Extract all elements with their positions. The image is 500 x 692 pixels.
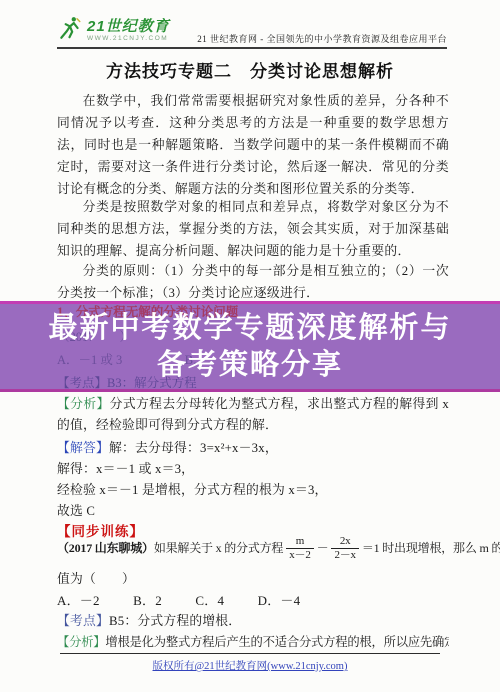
site-header: 21世纪教育 www.21cnjy.com 21 世纪教育网 - 全国领先的中小… <box>57 15 447 49</box>
solution1-analysis: 【分析】分式方程去分母转化为整式方程，求出整式方程的解得到 x 的值，经检验即可… <box>57 394 449 436</box>
brand-logo: 21世纪教育 www.21cnjy.com <box>57 15 170 46</box>
minus-sign: － <box>317 538 329 559</box>
fraction-2-denominator: 2－x <box>331 549 358 562</box>
analysis-text-2: 增根是化为整式方程后产生的不适合分式方程的根，所以应先确定增根 <box>105 635 449 649</box>
fraction-1: m x－2 <box>286 535 313 561</box>
runner-icon <box>57 15 83 46</box>
fraction-1-denominator: x－2 <box>286 549 313 562</box>
answer-tag: 【解答】 <box>57 441 109 455</box>
footer-divider <box>60 653 440 654</box>
document-page: 21世纪教育 www.21cnjy.com 21 世纪教育网 - 全国领先的中小… <box>0 0 500 692</box>
kaodian-text: B5：分式方程的增根． <box>109 614 241 628</box>
banner-text: 最新中考数学专题深度解析与 备考策略分享 <box>0 304 500 384</box>
analysis-text: 分式方程去分母转化为整式方程，求出整式方程的解得到 x 的值，经检验即可得到分式… <box>57 397 449 432</box>
sync-problem-line-1: （2017 山东聊城） 如果解关于 x 的分式方程 m x－2 － 2x 2－x… <box>57 535 500 561</box>
header-slogan: 21 世纪教育网 - 全国领先的中小学教育资源及组卷应用平台 <box>197 32 447 45</box>
fraction-2: 2x 2－x <box>331 535 358 561</box>
promo-banner-overlay: 1、分式方程无解的分类讨论问题 （2017 ） A．－1 或 3 B． 【考点】… <box>0 301 500 392</box>
option-b: B．2 <box>133 590 162 611</box>
option-a: A．－2 <box>57 590 100 611</box>
solution1-step2: 解得：x＝－1 或 x＝3， <box>57 459 449 480</box>
answer-text: 解：去分母得：3=x²+x－3x， <box>109 441 278 455</box>
intro-paragraph-2: 分类是按照数学对象的相同点和差异点，将数学对象区分为不同种类的思想方法，掌握分类… <box>57 196 449 262</box>
brand-text-block: 21世纪教育 www.21cnjy.com <box>87 19 170 43</box>
sync-kaodian: 【考点】B5：分式方程的增根． <box>57 611 449 632</box>
page-title: 方法技巧专题二 分类讨论思想解析 <box>0 57 500 82</box>
sync-problem-line-2: 值为（ ） <box>57 569 449 590</box>
brand-url: www.21cnjy.com <box>87 36 170 43</box>
solution1-answer: 【解答】解：去分母得：3=x²+x－3x， <box>57 438 449 459</box>
problem-source: （2017 山东聊城） <box>57 538 154 559</box>
option-c: C．4 <box>195 590 224 611</box>
kaodian-tag: 【考点】 <box>57 614 109 628</box>
solution1-conclusion: 故选 C <box>57 501 449 522</box>
option-d: D．－4 <box>258 590 301 611</box>
problem-suffix: ＝1 时出现增根，那么 m 的 <box>362 538 500 559</box>
banner-line-1: 最新中考数学专题深度解析与 <box>0 310 500 347</box>
intro-paragraph-3: 分类的原则：（1）分类中的每一部分是相互独立的；（2）一次分类按一个标准；（3）… <box>57 260 449 304</box>
problem-prefix: 如果解关于 x 的分式方程 <box>154 538 283 559</box>
analysis-tag-2: 【分析】 <box>57 635 105 649</box>
answer-options: A．－2 B．2 C．4 D．－4 <box>57 590 449 611</box>
sync-analysis: 【分析】增根是化为整式方程后产生的不适合分式方程的根，所以应先确定增根 <box>57 632 449 653</box>
brand-name: 21世纪教育 <box>87 19 170 34</box>
footer-copyright[interactable]: 版权所有@21世纪教育网(www.21cnjy.com) <box>0 658 500 673</box>
analysis-tag: 【分析】 <box>57 397 110 411</box>
fraction-2-numerator: 2x <box>331 535 358 549</box>
intro-paragraph-1: 在数学中，我们常常需要根据研究对象性质的差异，分各种不同情况予以考查．这种分类思… <box>57 90 449 200</box>
solution1-step3: 经检验 x＝－1 是增根，分式方程的根为 x＝3， <box>57 480 449 501</box>
banner-line-2: 备考策略分享 <box>0 347 500 384</box>
fraction-1-numerator: m <box>286 535 313 549</box>
